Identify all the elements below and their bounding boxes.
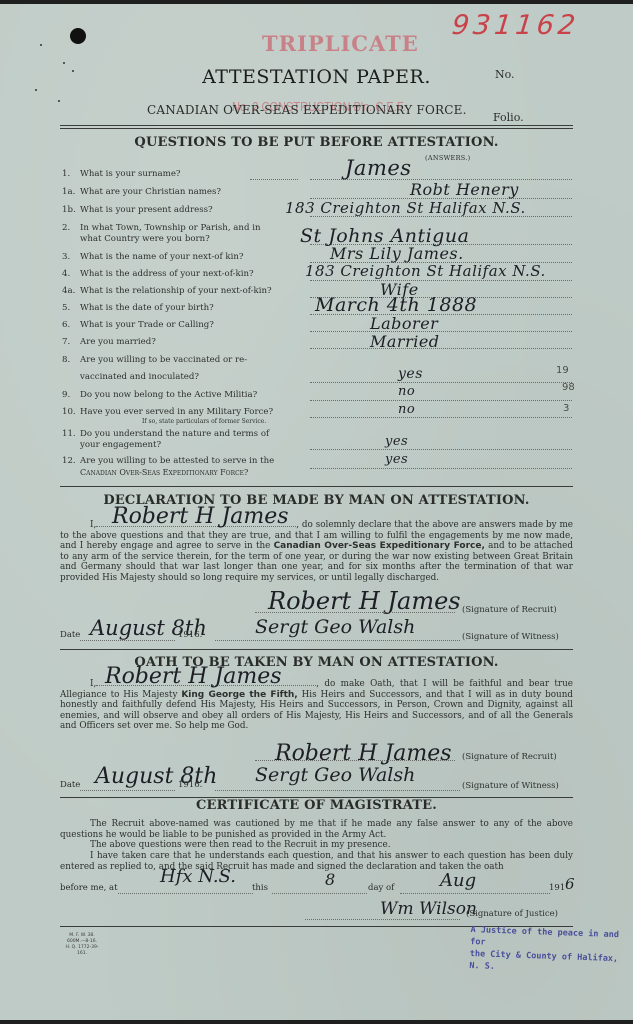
question-5: 5.What is the date of your birth? — [62, 303, 302, 314]
oath-heading: OATH TO BE TAKEN BY MAN ON ATTESTATION. — [0, 655, 633, 670]
margin-note: 98 — [562, 382, 575, 393]
answer-trade: Laborer — [370, 314, 438, 333]
document-title: ATTESTATION PAPER. — [0, 66, 633, 88]
oath-name: Robert H James — [105, 664, 282, 689]
justice-of-peace-stamp: A Justice of the peace in and for the Ci… — [469, 924, 633, 978]
answer-surname: James — [345, 156, 412, 180]
answer-married: Married — [370, 332, 440, 351]
ink-speck — [40, 44, 42, 46]
signature-line — [255, 612, 455, 613]
oath-witness-signature: Sergt Geo Walsh — [255, 764, 415, 786]
certificate-day: 8 — [325, 870, 335, 889]
questions-heading: QUESTIONS TO BE PUT BEFORE ATTESTATION. — [0, 135, 633, 150]
declaration-year: 1916. — [178, 630, 202, 640]
certificate-year-digit: 6 — [565, 875, 575, 893]
this-label: this — [252, 883, 268, 893]
day-of-label: day of — [368, 883, 394, 893]
oath-year: 1916. — [178, 780, 202, 790]
answer-line — [310, 468, 572, 469]
certificate-place: Hfx N.S. — [160, 866, 236, 887]
answer-active-militia: no — [398, 384, 415, 399]
answers-label: (ANSWERS.) — [425, 154, 471, 162]
answer-line — [310, 417, 572, 418]
dot-leader — [250, 179, 298, 180]
certificate-year-prefix: 191 — [549, 883, 565, 893]
print-code: M. F. W. 38. 600M.—8-16. H. Q. 1772-39-1… — [62, 933, 102, 957]
certificate-para-3: I have taken care that he understands ea… — [60, 851, 573, 872]
signature-line — [305, 919, 460, 920]
oath-recruit-signature: Robert H James — [275, 741, 452, 766]
question-11: 11.Do you understand the nature and term… — [62, 429, 302, 451]
serial-number: 931162 — [450, 10, 580, 41]
answer-line — [310, 400, 572, 401]
certificate-para-1: The Recruit above-named was cautioned by… — [60, 819, 573, 840]
answer-line — [310, 331, 572, 332]
answer-willing-to-attest: yes — [385, 452, 408, 467]
margin-note: 19 — [556, 365, 569, 376]
number-label: No. — [495, 68, 515, 81]
question-1b: 1b.What is your present address? — [62, 205, 302, 216]
folio-label: Folio. — [493, 111, 524, 124]
answer-christian-names: Robt Henery — [410, 180, 519, 199]
question-4a: 4a.What is the relationship of your next… — [62, 286, 322, 297]
oath-date-label: Date — [60, 780, 80, 790]
justice-signature: Wm Wilson — [380, 899, 477, 919]
answer-present-address: 183 Creighton St Halifax N.S. — [285, 199, 526, 217]
declaration-heading: DECLARATION TO BE MADE BY MAN ON ATTESTA… — [0, 493, 633, 508]
witness-signature-label: (Signature of Witness) — [462, 632, 559, 642]
certificate-month: Aug — [440, 870, 476, 891]
divider — [60, 128, 573, 129]
question-2: 2.In what Town, Township or Parish, and … — [62, 223, 302, 245]
answer-line — [310, 280, 572, 281]
question-6: 6.What is your Trade or Calling? — [62, 320, 302, 331]
divider — [60, 125, 573, 126]
ink-speck — [35, 89, 37, 91]
answer-date-of-birth: March 4th 1888 — [315, 294, 477, 316]
punch-hole — [70, 28, 86, 44]
month-line — [400, 893, 550, 894]
question-7: 7.Are you married? — [62, 337, 302, 348]
question-4: 4.What is the address of your next-of-ki… — [62, 269, 302, 280]
declaration-name: Robert H James — [112, 504, 289, 529]
oath-recruit-signature-label: (Signature of Recruit) — [462, 752, 557, 762]
before-me-label: before me, at — [60, 883, 118, 893]
ink-speck — [58, 100, 60, 102]
margin-note: 3 — [563, 403, 569, 414]
question-1a: 1a.What are your Christian names? — [62, 187, 302, 198]
day-line — [272, 893, 367, 894]
answer-line — [310, 449, 572, 450]
divider — [60, 649, 573, 650]
answer-next-of-kin: Mrs Lily James. — [330, 244, 464, 263]
question-9: 9.Do you now belong to the Active Militi… — [62, 390, 302, 401]
ink-speck — [63, 62, 65, 64]
document-subtitle: CANADIAN OVER-SEAS EXPEDITIONARY FORCE. — [147, 103, 467, 117]
place-line — [118, 893, 253, 894]
certificate-para-2: The above questions were then read to th… — [60, 840, 573, 851]
oath-witness-signature-label: (Signature of Witness) — [462, 781, 559, 791]
date-label: Date — [60, 630, 80, 640]
divider — [60, 486, 573, 487]
signature-line — [255, 760, 455, 761]
signature-line — [215, 640, 460, 641]
answer-understand-terms: yes — [385, 434, 408, 449]
answer-vaccinated: yes — [398, 366, 423, 382]
question-12: 12.Are you willing to be attested to ser… — [62, 456, 317, 478]
declaration-recruit-signature: Robert H James — [268, 587, 461, 615]
answer-line — [310, 348, 572, 349]
recruit-signature-label: (Signature of Recruit) — [462, 605, 557, 615]
signature-line — [215, 790, 460, 791]
declaration-witness-signature: Sergt Geo Walsh — [255, 616, 415, 638]
date-line — [80, 640, 175, 641]
certificate-heading: CERTIFICATE OF MAGISTRATE. — [0, 798, 633, 813]
justice-signature-label: (Signature of Justice) — [466, 909, 558, 919]
triplicate-stamp: TRIPLICATE — [262, 31, 419, 56]
answer-next-of-kin-address: 183 Creighton St Halifax N.S. — [305, 262, 546, 280]
declaration-text: I,, do solemnly declare that the above a… — [60, 520, 573, 583]
answer-line — [310, 382, 572, 383]
question-8: 8.Are you willing to be vaccinated or re… — [62, 355, 302, 383]
question-3: 3.What is the name of your next-of kin? — [62, 252, 302, 263]
attestation-paper: 931162 TRIPLICATE ATTESTATION PAPER. No.… — [0, 4, 633, 1020]
question-10: 10.Have you ever served in any Military … — [62, 407, 322, 426]
date-line — [80, 790, 175, 791]
answer-military-service: no — [398, 402, 415, 417]
